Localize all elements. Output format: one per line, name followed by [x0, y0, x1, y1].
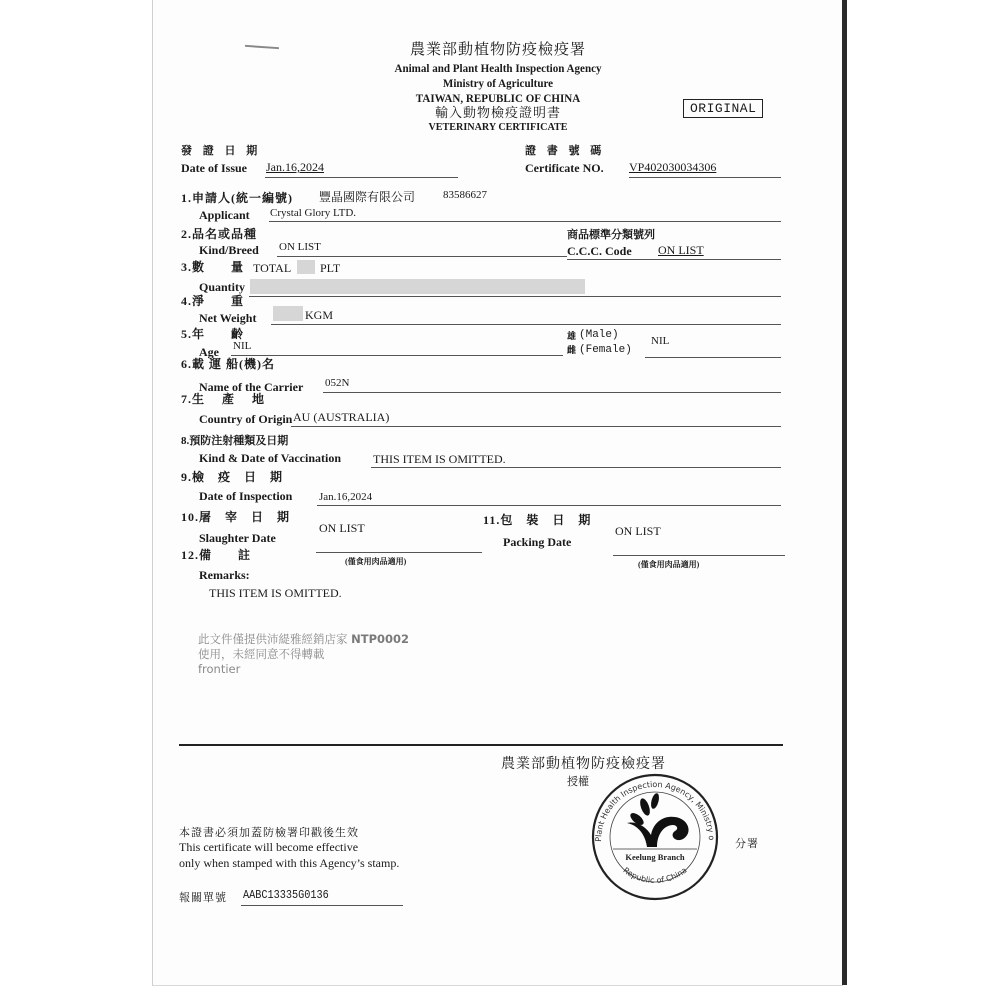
ccc-line — [567, 259, 781, 260]
slaughter-line — [316, 552, 482, 553]
kind-value: ON LIST — [279, 241, 321, 253]
age-line — [231, 355, 563, 356]
remarks-label-zh: 12.備 註 — [181, 546, 251, 563]
sex-line — [645, 357, 781, 358]
applicant-tax-id: 83586627 — [443, 189, 487, 201]
inspection-label: Date of Inspection — [199, 489, 292, 504]
agency-title-en: Animal and Plant Health Inspection Agenc… — [181, 61, 816, 76]
stamp-ring-top-text: Animal and Plant Health Inspection Agenc… — [585, 773, 716, 842]
inspection-line — [317, 505, 781, 506]
svg-text:Republic of China: Republic of China — [621, 866, 688, 885]
packing-value: ON LIST — [615, 524, 661, 539]
issue-date-label-zh: 發 證 日 期 — [181, 142, 258, 158]
certificate-no-line — [629, 177, 781, 178]
stamp-ring-bottom-text: Republic of China — [621, 866, 688, 885]
origin-value: AU (AUSTRALIA) — [293, 410, 389, 425]
slaughter-value: ON LIST — [319, 521, 365, 536]
net-weight-line — [271, 324, 781, 325]
kind-line — [277, 256, 567, 257]
inspection-label-zh: 9.檢 疫 日 期 — [181, 468, 283, 485]
quantity-detail-redaction — [250, 279, 585, 294]
age-value: NIL — [233, 340, 251, 352]
watermark-line-3: frontier — [198, 662, 409, 677]
net-weight-unit: KGM — [305, 308, 333, 323]
carrier-line — [323, 392, 781, 393]
distribution-watermark: 此文件僅提供沛緹雅經銷店家 NTP0002 使用，未經同意不得轉載 fronti… — [198, 632, 409, 677]
validity-note-zh: 本證書必須加蓋防檢署印戳後生效 — [179, 824, 359, 840]
document-title-en: VETERINARY CERTIFICATE — [181, 121, 816, 133]
quantity-line — [249, 296, 781, 297]
kind-label-zh: 2.品名或品種 — [181, 225, 257, 242]
applicant-name-zh: 豐晶國際有限公司 — [319, 188, 415, 205]
issue-date-value: Jan.16,2024 — [266, 160, 324, 175]
customs-value: AABC13335G0136 — [243, 888, 329, 902]
male-label-zh: 雄 — [567, 329, 577, 342]
packing-note: (僅食用肉品適用) — [638, 559, 699, 570]
remarks-label: Remarks: — [199, 568, 250, 583]
ccc-label-zh: 商品標準分類號列 — [567, 226, 655, 242]
applicant-label-zh: 1.申請人(統一編號) — [181, 189, 293, 206]
net-weight-redaction — [273, 306, 303, 321]
watermark-code: NTP0002 — [351, 632, 409, 646]
scan-edge — [842, 0, 847, 985]
original-badge: ORIGINAL — [683, 99, 763, 118]
branch-label-zh: 分署 — [735, 835, 759, 851]
remarks-value: THIS ITEM IS OMITTED. — [209, 586, 342, 601]
watermark-line-1: 此文件僅提供沛緹雅經銷店家 — [198, 632, 348, 646]
female-label-zh: 雌 — [567, 343, 577, 356]
certificate-no-value: VP402030034306 — [629, 160, 716, 175]
applicant-line — [269, 221, 781, 222]
ministry-title: Ministry of Agriculture — [181, 76, 816, 91]
watermark-line-2: 使用，未經同意不得轉載 — [198, 647, 409, 662]
slaughter-note: (僅食用肉品適用) — [345, 556, 406, 567]
applicant-value: Crystal Glory LTD. — [270, 207, 356, 219]
ccc-label: C.C.C. Code — [567, 244, 632, 259]
quantity-prefix: TOTAL — [253, 261, 291, 276]
slaughter-label: Slaughter Date — [199, 531, 276, 546]
quantity-redaction — [297, 260, 315, 274]
customs-label-zh: 報關單號 — [179, 889, 227, 905]
quantity-unit: PLT — [320, 261, 340, 276]
quantity-label-zh: 3.數 量 — [181, 258, 244, 275]
certificate-no-label: Certificate NO. — [525, 161, 604, 176]
svg-text:Animal and Plant Health Inspec: Animal and Plant Health Inspection Agenc… — [585, 773, 716, 842]
kind-label: Kind/Breed — [199, 243, 259, 258]
customs-line — [241, 905, 403, 906]
male-label: (Male) — [579, 329, 619, 341]
origin-label-zh: 7.生 產 地 — [181, 390, 265, 407]
female-label: (Female) — [579, 344, 632, 356]
agency-stamp: Animal and Plant Health Inspection Agenc… — [585, 773, 725, 901]
carrier-label-zh: 6.載 運 船(機)名 — [181, 355, 275, 372]
ccc-value: ON LIST — [658, 243, 704, 258]
net-weight-label: Net Weight — [199, 311, 256, 326]
footer-agency-zh: 農業部動植物防疫檢疫署 — [501, 753, 666, 773]
packing-label-zh: 11.包 裝 日 期 — [483, 511, 591, 528]
carrier-value: 052N — [325, 377, 349, 389]
issue-date-label: Date of Issue — [181, 161, 247, 176]
vaccination-line — [371, 467, 781, 468]
vaccination-label: Kind & Date of Vaccination — [199, 451, 341, 466]
origin-line — [291, 426, 781, 427]
stamp-branch: Keelung Branch — [625, 852, 685, 862]
certificate-no-label-zh: 證 書 號 碼 — [525, 142, 602, 158]
vaccination-label-zh: 8.預防注射種類及日期 — [181, 432, 288, 448]
validity-note-en-1: This certificate will become effective — [179, 840, 358, 855]
validity-note-en-2: only when stamped with this Agency’s sta… — [179, 856, 399, 871]
inspection-value: Jan.16,2024 — [319, 491, 372, 503]
stamp-plant-logo-icon — [627, 792, 689, 847]
vaccination-value: THIS ITEM IS OMITTED. — [373, 452, 506, 467]
origin-label: Country of Origin — [199, 412, 292, 427]
applicant-label: Applicant — [199, 208, 250, 223]
certificate-page: 農業部動植物防疫檢疫署 Animal and Plant Health Insp… — [152, 0, 843, 986]
sex-value: NIL — [651, 335, 669, 347]
net-weight-label-zh: 4.淨 重 — [181, 292, 244, 309]
packing-label: Packing Date — [503, 535, 571, 550]
packing-line — [613, 555, 785, 556]
slaughter-label-zh: 10.屠 宰 日 期 — [181, 508, 290, 525]
agency-title-zh: 農業部動植物防疫檢疫署 — [153, 38, 843, 59]
issue-date-line — [265, 177, 458, 178]
footer-divider — [179, 744, 783, 746]
